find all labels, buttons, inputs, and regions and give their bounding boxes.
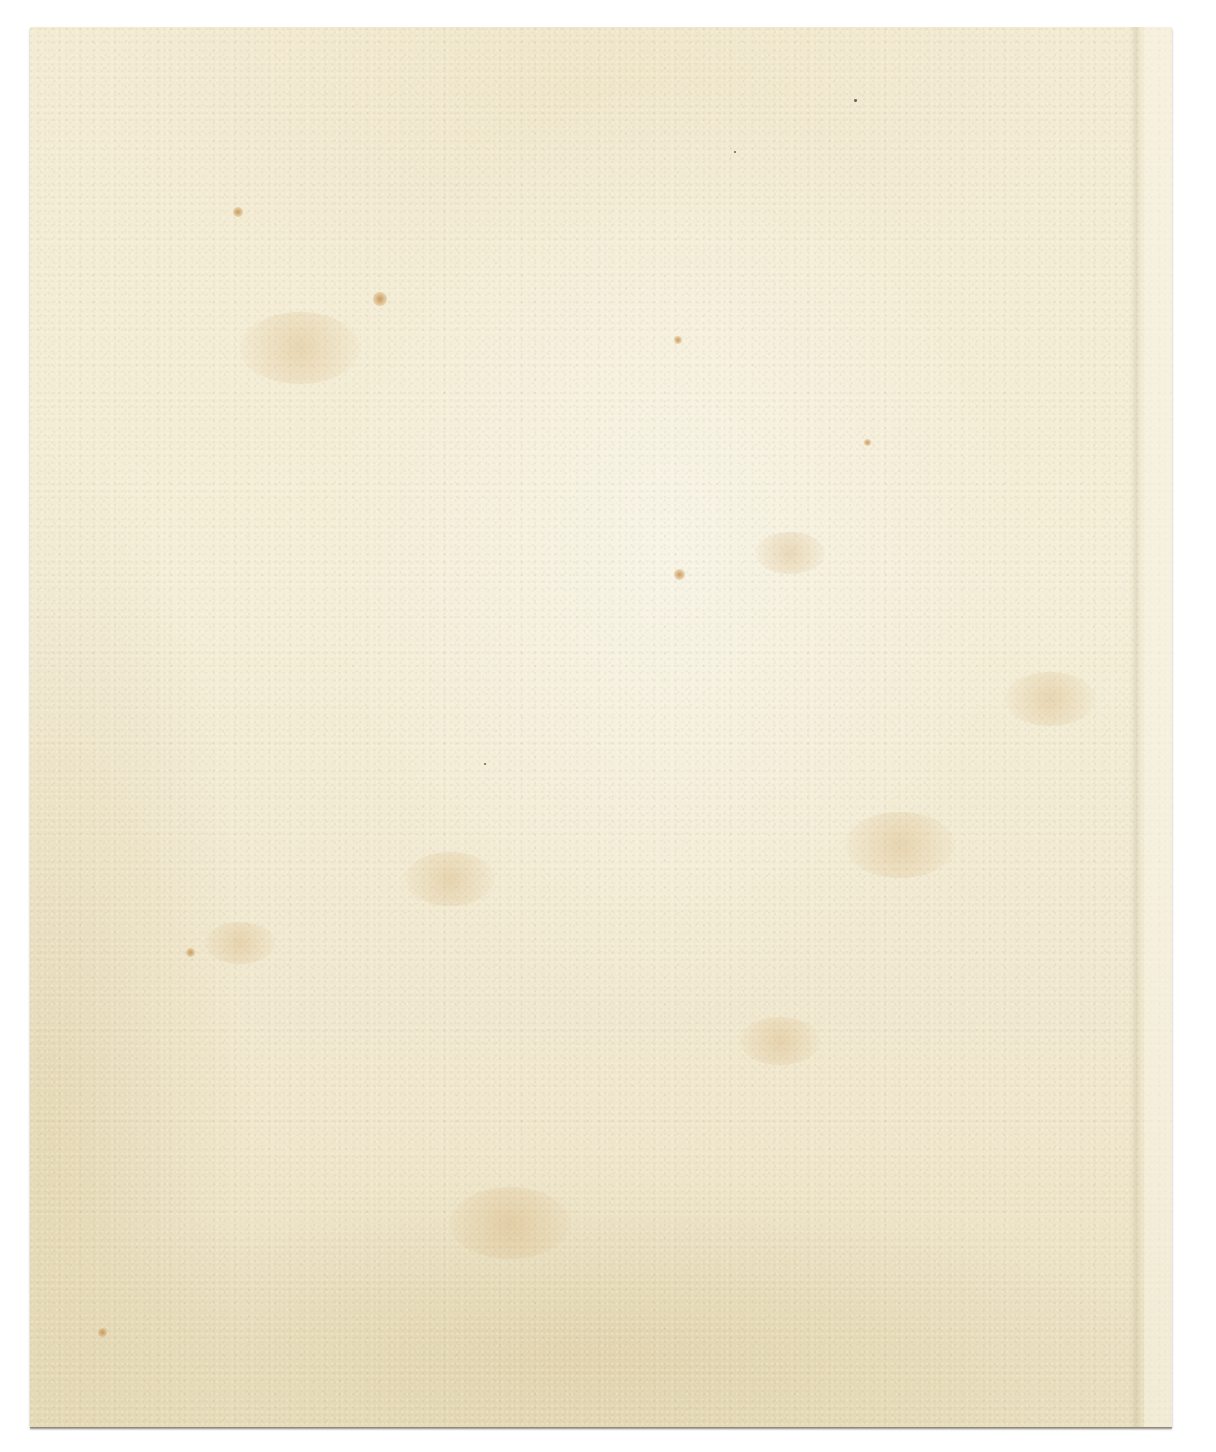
foxing-spot: [755, 532, 825, 574]
paper-crease: [1130, 27, 1144, 1427]
sheet-bottom-edge-shadow: [30, 1427, 1172, 1430]
photo-background: [0, 0, 1216, 1452]
foxing-spot: [674, 569, 685, 580]
foxing-spot: [186, 948, 195, 957]
paper-right-edge: [1144, 27, 1172, 1427]
foxing-spot: [1005, 672, 1095, 726]
foxing-spot: [373, 292, 387, 306]
paper-grain-texture: [30, 27, 1172, 1427]
foxing-spot: [233, 207, 243, 217]
foxing-spot: [240, 312, 360, 384]
foxing-spot: [740, 1017, 820, 1065]
foxing-spot: [98, 1328, 107, 1337]
foxing-spot: [205, 922, 275, 964]
foxing-spot: [854, 99, 857, 102]
foxing-spot: [864, 439, 871, 446]
foxing-spot: [405, 852, 495, 906]
foxing-spot: [734, 151, 736, 153]
foxing-spot: [484, 763, 486, 765]
foxing-spot: [845, 812, 955, 878]
foxing-spot: [450, 1187, 570, 1259]
blank-paper-sheet: [30, 27, 1172, 1427]
foxing-spot: [674, 336, 682, 344]
